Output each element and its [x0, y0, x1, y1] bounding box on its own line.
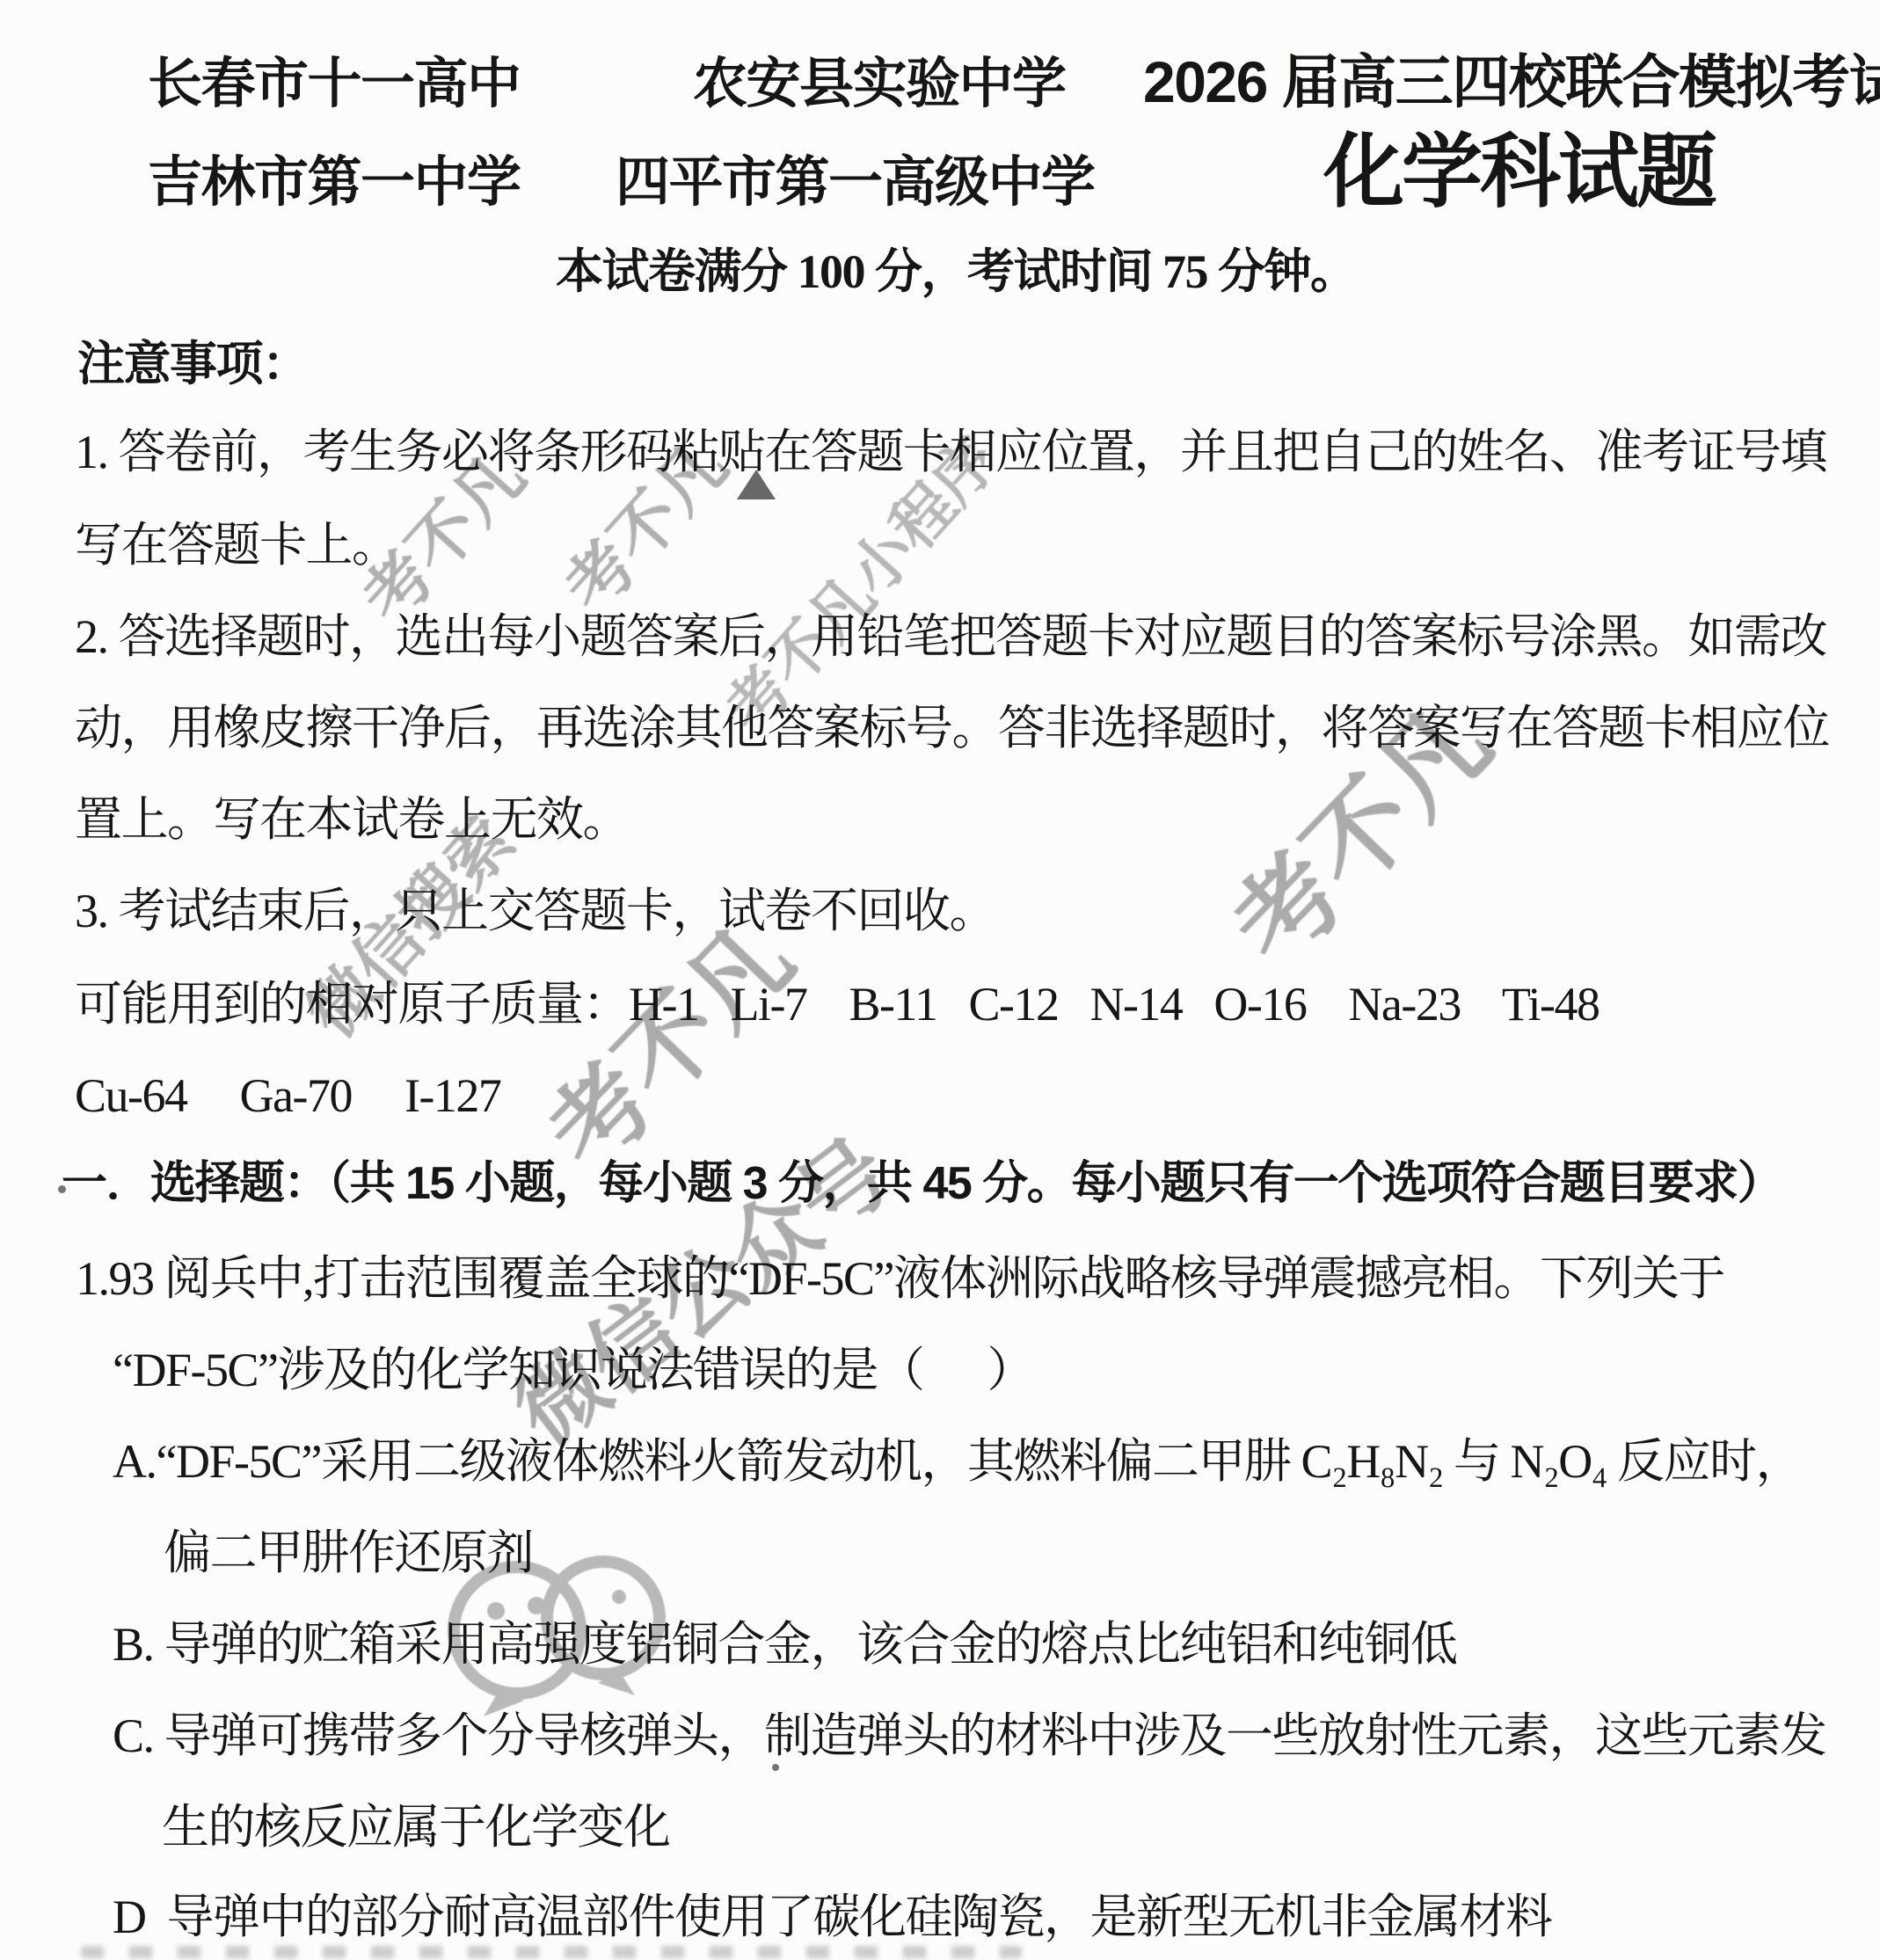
question1-optionA-line2: 偏二甲肼作还原剂: [164, 1526, 533, 1580]
question1-optionD: D 导弹中的部分耐高温部件使用了碳化硅陶瓷，是新型无机非金属材料: [113, 1890, 1552, 1944]
question1-optionC-line1: C. 导弹可携带多个分导核弹头，制造弹头的材料中涉及一些放射性元素，这些元素发: [113, 1709, 1826, 1763]
question1-optionB: B. 导弹的贮箱采用高强度铝铜合金，该合金的熔点比纯铝和纯铜低: [113, 1617, 1457, 1672]
school-name-4: 四平市第一高级中学: [616, 151, 1095, 214]
notice-heading: 注意事项：: [77, 337, 309, 391]
watermark-text: 考不凡: [532, 906, 808, 1187]
notice-item1-line1: 1. 答卷前，考生务必将条形码粘贴在答题卡相应位置，并且把自己的姓名、准考证号填: [75, 425, 1826, 479]
notice-item1-line2: 写在答题卡上。: [75, 518, 398, 572]
subject-title: 化学科试题: [1323, 127, 1715, 220]
section1-heading: 一．选择题：（共 15 小题，每小题 3 分，共 45 分。每小题只有一个选项符…: [62, 1158, 1782, 1211]
question1-optionC-line2: 生的核反应属于化学变化: [162, 1800, 670, 1854]
notice-item3: 3. 考试结束后，只上交答题卡，试卷不回收。: [75, 884, 995, 938]
atomic-masses-line1: 可能用到的相对原子质量：H-1 Li-7 B-11 C-12 N-14 O-16…: [75, 977, 1599, 1031]
scanned-exam-page: 考不凡 考不凡 考不凡小程序 微信搜索 考不凡 微信公众号 考不凡 长春市十一高…: [0, 0, 1880, 1960]
notice-item2-line2: 动，用橡皮擦干净后，再选涂其他答案标号。答非选择题时，将答案写在答题卡相应位: [75, 701, 1829, 755]
notice-item2-line1: 2. 答选择题时，选出每小题答案后，用铅笔把答题卡对应题目的答案标号涂黑。如需改: [75, 609, 1826, 664]
question1-stem-line1: 1.93 阅兵中,打击范围覆盖全球的“DF-5C”液体洲际战略核导弹震撼亮相。下…: [76, 1251, 1724, 1306]
question1-stem-line2: “DF-5C”涉及的化学知识说法错误的是（ ）: [113, 1343, 1033, 1397]
school-name-3: 吉林市第一中学: [148, 151, 521, 214]
atomic-masses-line2: Cu-64 Ga-70 I-127: [75, 1068, 500, 1123]
school-name-1: 长春市十一高中: [148, 53, 521, 115]
exam-session-title: 2026 届高三四校联合模拟考试: [1143, 49, 1880, 116]
school-name-2: 农安县实验中学: [693, 53, 1066, 115]
partially-visible-next-line: [81, 1946, 1022, 1958]
question1-optionA-line1: A.“DF-5C”采用二级液体燃料火箭发动机，其燃料偏二甲肼 C₂H₈N₂ 与 …: [113, 1434, 1802, 1489]
notice-item2-line3: 置上。写在本试卷上无效。: [75, 792, 629, 847]
exam-subtitle: 本试卷满分 100 分，考试时间 75 分钟。: [556, 244, 1357, 299]
scan-artifact-dot: [772, 1764, 779, 1771]
